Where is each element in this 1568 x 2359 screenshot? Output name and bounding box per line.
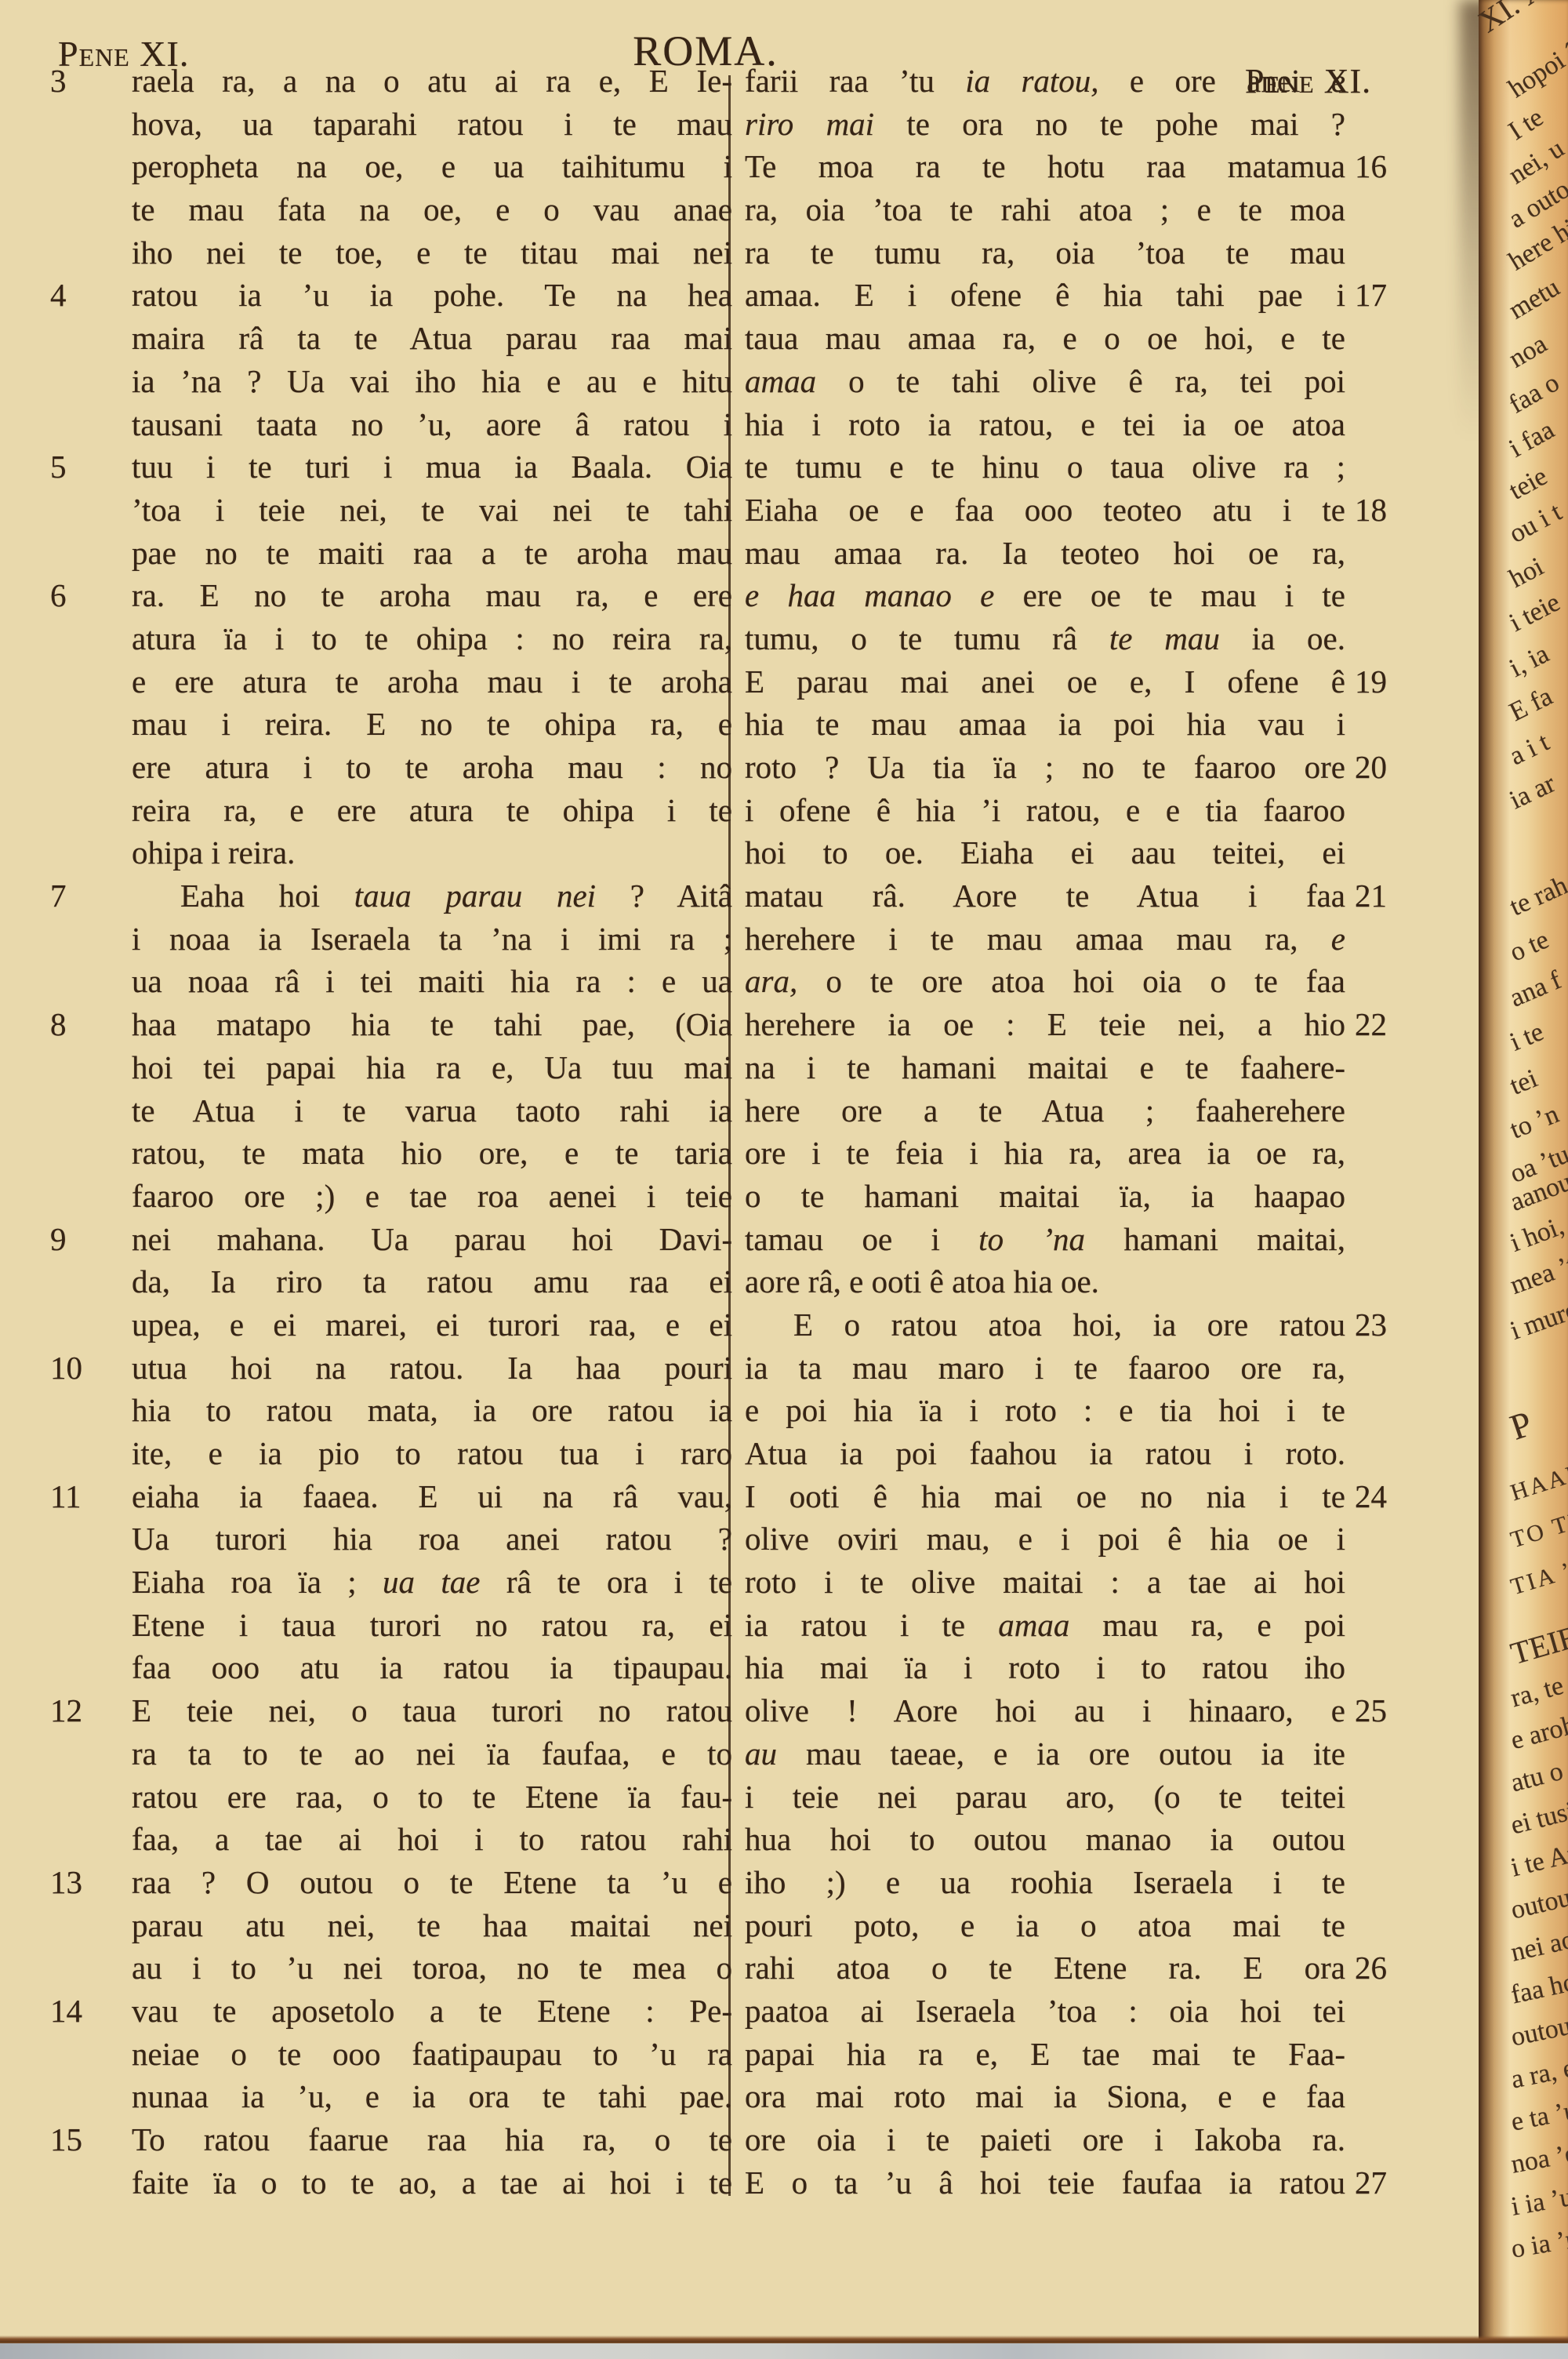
text-line: ra ta to te ao nei ïa faufaa, e to — [132, 1732, 732, 1776]
verse-text: I ooti ê hia mai oe no nia i te — [745, 1475, 1345, 1518]
text-line: ratou ia ’u ia pohe. Te na hea4 — [132, 274, 732, 317]
verse-text: raa ? O outou o te Etene ta ’u e — [132, 1861, 732, 1904]
verse-number: 3 — [50, 60, 110, 103]
verse-number: 22 — [1355, 1003, 1421, 1046]
verse-text: To ratou faarue raa hia ra, o te — [132, 2118, 732, 2161]
text-line: roto ? Ua tia ïa ; no te faaroo ore20 — [745, 746, 1345, 789]
verse-text: e poi hia ïa i roto : e tia hoi i te — [745, 1389, 1345, 1432]
verse-text: matau râ. Aore te Atua i faa — [745, 874, 1345, 918]
verse-text: maira râ ta te Atua parau raa mai — [132, 317, 732, 360]
verse-text: te Atua i te varua taoto rahi ia — [132, 1089, 732, 1132]
verse-number: 14 — [50, 1990, 110, 2033]
text-line: ite, e ia pio to ratou tua i raro — [132, 1432, 732, 1475]
text-line: i teie nei parau aro, (o te teitei — [745, 1776, 1345, 1819]
text-line: Etene i taua turori no ratou ra, ei — [132, 1604, 732, 1647]
text-line: raa ? O outou o te Etene ta ’u e13 — [132, 1861, 732, 1904]
verse-text: mau i reira. E no te ohipa ra, e — [132, 703, 732, 746]
verse-number: 11 — [50, 1475, 110, 1518]
verse-number: 8 — [50, 1003, 110, 1046]
text-line: riro mai te ora no te pohe mai ? — [745, 103, 1345, 146]
page-bottom-edge — [0, 2335, 1568, 2343]
verse-text: ra, oia ’toa te rahi atoa ; e te moa — [745, 188, 1345, 231]
verse-text: Eiaha roa ïa ; ua tae râ te ora i te — [132, 1561, 732, 1604]
text-line: tumu, o te tumu râ te mau ia oe. — [745, 617, 1345, 660]
verse-number: 21 — [1355, 874, 1421, 918]
verse-text: atura ïa i to te ohipa : no reira ra, — [132, 617, 732, 660]
text-line: da, Ia riro ta ratou amu raa ei — [132, 1260, 732, 1303]
text-line: raela ra, a na o atu ai ra e, E Ie-3 — [132, 60, 732, 103]
verse-text: e ere atura te aroha mau i te aroha — [132, 660, 732, 703]
text-line: papai hia ra e, E tae mai te Faa- — [745, 2033, 1345, 2076]
text-line: mau i reira. E no te ohipa ra, e — [132, 703, 732, 746]
verse-text: E teie nei, o taua turori no ratou — [132, 1689, 732, 1732]
verse-text: Ua turori hia roa anei ratou ? — [132, 1518, 732, 1561]
verse-text: amaa. E i ofene ê hia tahi pae i — [745, 274, 1345, 317]
text-line: To ratou faarue raa hia ra, o te15 — [132, 2118, 732, 2161]
verse-text: ia ’na ? Ua vai iho hia e au e hitu — [132, 360, 732, 403]
verse-text: roto ? Ua tia ïa ; no te faaroo ore — [745, 746, 1345, 789]
text-line: Ua turori hia roa anei ratou ? — [132, 1518, 732, 1561]
verse-text: Atua ia poi faahou ia ratou i roto. — [745, 1432, 1345, 1475]
text-line: o te hamani maitai ïa, ia haapao — [745, 1175, 1345, 1218]
verse-text: eiaha ia faaea. E ui na râ vau, — [132, 1475, 732, 1518]
verse-text: reira ra, e ere atura te ohipa i te — [132, 789, 732, 832]
verse-text: i noaa ia Iseraela ta ’na i imi ra ; — [132, 918, 732, 961]
verse-text: Eiaha oe e faa ooo teoteo atu i te — [745, 489, 1345, 532]
verse-text: i ofene ê hia ’i ratou, e e tia faaroo — [745, 789, 1345, 832]
verse-text: nei mahana. Ua parau hoi Davi- — [132, 1218, 732, 1261]
verse-number: 19 — [1355, 660, 1421, 703]
text-line: ohipa i reira. — [132, 831, 732, 874]
verse-text: E o ta ’u â hoi teie faufaa ia ratou — [745, 2161, 1345, 2205]
text-line: mau amaa ra. Ia teoteo hoi oe ra, — [745, 532, 1345, 575]
text-line: faite ïa o to te ao, a tae ai hoi i te — [132, 2161, 732, 2205]
verse-number: 9 — [50, 1218, 110, 1261]
verse-text: au mau taeae, e ia ore outou ia ite — [745, 1732, 1345, 1776]
text-line: ’toa i teie nei, te vai nei te tahi — [132, 489, 732, 532]
text-line: e haa manao e ere oe te mau i te — [745, 574, 1345, 617]
text-line: amaa o te tahi olive ê ra, tei poi — [745, 360, 1345, 403]
text-line: hia mai ïa i roto i to ratou iho — [745, 1646, 1345, 1689]
text-line: ratou, te mata hio ore, e te taria — [132, 1132, 732, 1175]
verse-text: vau te aposetolo a te Etene : Pe- — [132, 1990, 732, 2033]
verse-text: olive oviri mau, e i poi ê hia oe i — [745, 1518, 1345, 1561]
verse-text: riro mai te ora no te pohe mai ? — [745, 103, 1345, 146]
verse-text: peropheta na oe, e ua taihitumu i — [132, 145, 732, 188]
text-line: herehere ia oe : E teie nei, a hio22 — [745, 1003, 1345, 1046]
verse-text: pae no te maiti raa a te aroha mau — [132, 532, 732, 575]
verse-text: ratou ia ’u ia pohe. Te na hea — [132, 274, 732, 317]
verse-text: ratou, te mata hio ore, e te taria — [132, 1132, 732, 1175]
text-line: i noaa ia Iseraela ta ’na i imi ra ; — [132, 918, 732, 961]
verse-text: hia to ratou mata, ia ore ratou ia — [132, 1389, 732, 1432]
verse-text: haa matapo hia te tahi pae, (Oia — [132, 1003, 732, 1046]
text-line: peropheta na oe, e ua taihitumu i — [132, 145, 732, 188]
verse-text: roto i te olive maitai : a tae ai hoi — [745, 1561, 1345, 1604]
verse-text: here ore a te Atua ; faaherehere — [745, 1089, 1345, 1132]
verse-text: herehere i te mau amaa mau ra, e — [745, 918, 1345, 961]
verse-text: faa ooo atu ia ratou ia tipaupau. — [132, 1646, 732, 1689]
verse-text: te mau fata na oe, e o vau anae — [132, 188, 732, 231]
text-line: ora mai roto mai ia Siona, e e faa — [745, 2075, 1345, 2118]
verse-text: Etene i taua turori no ratou ra, ei — [132, 1604, 732, 1647]
verse-text: na i te hamani maitai e te faahere- — [745, 1046, 1345, 1089]
verse-text: hua hoi to outou manao ia outou — [745, 1818, 1345, 1861]
text-line: roto i te olive maitai : a tae ai hoi — [745, 1561, 1345, 1604]
verse-text: paatoa ai Iseraela ’toa : oia hoi tei — [745, 1990, 1345, 2033]
text-line: hoi to oe. Eiaha ei aau teitei, ei — [745, 831, 1345, 874]
verse-text: amaa o te tahi olive ê ra, tei poi — [745, 360, 1345, 403]
text-line: I ooti ê hia mai oe no nia i te24 — [745, 1475, 1345, 1518]
verse-text: ara, o te ore atoa hoi oia o te faa — [745, 960, 1345, 1003]
verse-text: E o ratou atoa hoi, ia ore ratou — [745, 1303, 1345, 1347]
verse-text: tumu, o te tumu râ te mau ia oe. — [745, 617, 1345, 660]
text-line: au i to ’u nei toroa, no te mea o — [132, 1946, 732, 1990]
verse-text: faa, a tae ai hoi i to ratou rahi — [132, 1818, 732, 1861]
text-line: te tumu e te hinu o taua olive ra ; — [745, 445, 1345, 489]
text-line: te Atua i te varua taoto rahi ia — [132, 1089, 732, 1132]
text-line: Eiaha roa ïa ; ua tae râ te ora i te — [132, 1561, 732, 1604]
text-line: herehere i te mau amaa mau ra, e — [745, 918, 1345, 961]
text-line: e ere atura te aroha mau i te aroha — [132, 660, 732, 703]
verse-number: 13 — [50, 1861, 110, 1904]
verse-text: utua hoi na ratou. Ia haa pouri — [132, 1347, 732, 1390]
text-line: hua hoi to outou manao ia outou — [745, 1818, 1345, 1861]
verse-number: 26 — [1355, 1946, 1421, 1990]
text-line: i ofene ê hia ’i ratou, e e tia faaroo — [745, 789, 1345, 832]
text-line: haa matapo hia te tahi pae, (Oia8 — [132, 1003, 732, 1046]
text-line: Eaha hoi taua parau nei ? Aitâ7 — [132, 874, 732, 918]
text-line: faa ooo atu ia ratou ia tipaupau. — [132, 1646, 732, 1689]
verse-number: 18 — [1355, 489, 1421, 532]
verse-text: ore i te feia i hia ra, area ia oe ra, — [745, 1132, 1345, 1175]
verse-text: i teie nei parau aro, (o te teitei — [745, 1776, 1345, 1819]
verse-text: herehere ia oe : E teie nei, a hio — [745, 1003, 1345, 1046]
text-line: olive oviri mau, e i poi ê hia oe i — [745, 1518, 1345, 1561]
text-line: tausani taata no ’u, aore â ratou i — [132, 403, 732, 446]
text-line: Eiaha oe e faa ooo teoteo atu i te18 — [745, 489, 1345, 532]
verse-number: 17 — [1355, 274, 1421, 317]
text-line: te mau fata na oe, e o vau anae — [132, 188, 732, 231]
verse-text: Eaha hoi taua parau nei ? Aitâ — [132, 874, 732, 918]
verse-text: ua noaa râ i tei maiti hia ra : e ua — [132, 960, 732, 1003]
left-text-column: raela ra, a na o atu ai ra e, E Ie-3hova… — [132, 60, 732, 2204]
text-line: pouri poto, e ia o atoa mai te — [745, 1904, 1345, 1947]
verse-number: 6 — [50, 574, 110, 617]
verse-text: au i to ’u nei toroa, no te mea o — [132, 1946, 732, 1990]
text-line: hoi tei papai hia ra e, Ua tuu mai — [132, 1046, 732, 1089]
verse-text: tamau oe i to ’na hamani maitai, — [745, 1218, 1345, 1261]
verse-number: 16 — [1355, 145, 1421, 188]
text-line: ia ’na ? Ua vai iho hia e au e hitu — [132, 360, 732, 403]
verse-text: farii raa ’tu ia ratou, e ore anei e — [745, 60, 1345, 103]
verse-text: mau amaa ra. Ia teoteo hoi oe ra, — [745, 532, 1345, 575]
text-line: ore i te feia i hia ra, area ia oe ra, — [745, 1132, 1345, 1175]
verse-text: faaroo ore ;) e tae roa aenei i teie — [132, 1175, 732, 1218]
verse-text: hoi to oe. Eiaha ei aau teitei, ei — [745, 831, 1345, 874]
verse-number: 15 — [50, 2118, 110, 2161]
verse-text: tausani taata no ’u, aore â ratou i — [132, 403, 732, 446]
verse-text: iho ;) e ua roohia Iseraela i te — [745, 1861, 1345, 1904]
verse-text: ite, e ia pio to ratou tua i raro — [132, 1432, 732, 1475]
text-line: taua mau amaa ra, e o oe hoi, e te — [745, 317, 1345, 360]
text-line: paatoa ai Iseraela ’toa : oia hoi tei — [745, 1990, 1345, 2033]
text-line: iho nei te toe, e te titau mai nei — [132, 231, 732, 274]
text-line: ia ta mau maro i te faaroo ore ra, — [745, 1347, 1345, 1390]
text-line: E teie nei, o taua turori no ratou12 — [132, 1689, 732, 1732]
verse-number: 24 — [1355, 1475, 1421, 1518]
verse-text: ia ta mau maro i te faaroo ore ra, — [745, 1347, 1345, 1390]
text-line: utua hoi na ratou. Ia haa pouri10 — [132, 1347, 732, 1390]
verse-text: e haa manao e ere oe te mau i te — [745, 574, 1345, 617]
text-line: ra, oia ’toa te rahi atoa ; e te moa — [745, 188, 1345, 231]
right-text-column: farii raa ’tu ia ratou, e ore anei eriro… — [745, 60, 1345, 2204]
text-line: hova, ua taparahi ratou i te mau — [132, 103, 732, 146]
text-line: parau atu nei, te haa maitai nei — [132, 1904, 732, 1947]
verse-number: 12 — [50, 1689, 110, 1732]
verse-number: 7 — [50, 874, 110, 918]
text-line: e poi hia ïa i roto : e tia hoi i te — [745, 1389, 1345, 1432]
text-line: ra te tumu ra, oia ’toa te mau — [745, 231, 1345, 274]
text-line: matau râ. Aore te Atua i faa21 — [745, 874, 1345, 918]
book-page: Pene XI. ROMA. Pene XI. raela ra, a na o… — [0, 0, 1568, 2359]
text-line: upea, e ei marei, ei turori raa, e ei — [132, 1303, 732, 1347]
verse-number: 20 — [1355, 746, 1421, 789]
verse-text: ere atura i to te aroha mau : no — [132, 746, 732, 789]
verse-text: papai hia ra e, E tae mai te Faa- — [745, 2033, 1345, 2076]
text-line: ratou ere raa, o to te Etene ïa fau- — [132, 1776, 732, 1819]
text-line: aore râ, e ooti ê atoa hia oe. — [745, 1260, 1345, 1303]
text-line: Atua ia poi faahou ia ratou i roto. — [745, 1432, 1345, 1475]
text-line: ara, o te ore atoa hoi oia o te faa — [745, 960, 1345, 1003]
text-line: here ore a te Atua ; faaherehere — [745, 1089, 1345, 1132]
verse-text: iho nei te toe, e te titau mai nei — [132, 231, 732, 274]
verse-text: pouri poto, e ia o atoa mai te — [745, 1904, 1345, 1947]
verse-text: ore oia i te paieti ore i Iakoba ra. — [745, 2118, 1345, 2161]
verse-text: hia mai ïa i roto i to ratou iho — [745, 1646, 1345, 1689]
verse-text: ’toa i teie nei, te vai nei te tahi — [132, 489, 732, 532]
verse-text: tuu i te turi i mua ia Baala. Oia — [132, 445, 732, 489]
text-line: hia te mau amaa ia poi hia vau i — [745, 703, 1345, 746]
verse-text: olive ! Aore hoi au i hinaaro, e — [745, 1689, 1345, 1732]
text-line: faaroo ore ;) e tae roa aenei i teie — [132, 1175, 732, 1218]
text-line: tuu i te turi i mua ia Baala. Oia5 — [132, 445, 732, 489]
verse-text: Te moa ra te hotu raa matamua — [745, 145, 1345, 188]
text-line: farii raa ’tu ia ratou, e ore anei e — [745, 60, 1345, 103]
verse-text: te tumu e te hinu o taua olive ra ; — [745, 445, 1345, 489]
text-line: rahi atoa o te Etene ra. E ora26 — [745, 1946, 1345, 1990]
verse-number: 10 — [50, 1347, 110, 1390]
text-line: ore oia i te paieti ore i Iakoba ra. — [745, 2118, 1345, 2161]
text-line: reira ra, e ere atura te ohipa i te — [132, 789, 732, 832]
verse-text: ia ratou i te amaa mau ra, e poi — [745, 1604, 1345, 1647]
text-line: nei mahana. Ua parau hoi Davi-9 — [132, 1218, 732, 1261]
text-line: ra. E no te aroha mau ra, e ere6 — [132, 574, 732, 617]
verse-text: upea, e ei marei, ei turori raa, e ei — [132, 1303, 732, 1347]
text-line: ua noaa râ i tei maiti hia ra : e ua — [132, 960, 732, 1003]
verse-text: o te hamani maitai ïa, ia haapao — [745, 1175, 1345, 1218]
text-line: eiaha ia faaea. E ui na râ vau,11 — [132, 1475, 732, 1518]
verse-number: 5 — [50, 445, 110, 489]
verse-text: ra te tumu ra, oia ’toa te mau — [745, 231, 1345, 274]
text-line: Te moa ra te hotu raa matamua16 — [745, 145, 1345, 188]
text-line: au mau taeae, e ia ore outou ia ite — [745, 1732, 1345, 1776]
verse-number: 25 — [1355, 1689, 1421, 1732]
text-line: amaa. E i ofene ê hia tahi pae i17 — [745, 274, 1345, 317]
verse-text: taua mau amaa ra, e o oe hoi, e te — [745, 317, 1345, 360]
verse-number: 27 — [1355, 2161, 1421, 2205]
verse-text: parau atu nei, te haa maitai nei — [132, 1904, 732, 1947]
text-line: maira râ ta te Atua parau raa mai — [132, 317, 732, 360]
verse-text: ora mai roto mai ia Siona, e e faa — [745, 2075, 1345, 2118]
text-line: faa, a tae ai hoi i to ratou rahi — [132, 1818, 732, 1861]
scan-surface — [0, 2343, 1568, 2359]
text-line: ere atura i to te aroha mau : no — [132, 746, 732, 789]
verse-text: aore râ, e ooti ê atoa hia oe. — [745, 1260, 1345, 1303]
text-line: atura ïa i to te ohipa : no reira ra, — [132, 617, 732, 660]
text-line: olive ! Aore hoi au i hinaaro, e25 — [745, 1689, 1345, 1732]
verse-text: faite ïa o to te ao, a tae ai hoi i te — [132, 2161, 732, 2205]
verse-text: E parau mai anei oe e, I ofene ê — [745, 660, 1345, 703]
text-line: E o ta ’u â hoi teie faufaa ia ratou27 — [745, 2161, 1345, 2205]
verse-text: ohipa i reira. — [132, 831, 732, 874]
verse-text: da, Ia riro ta ratou amu raa ei — [132, 1260, 732, 1303]
text-line: na i te hamani maitai e te faahere- — [745, 1046, 1345, 1089]
verse-text: raela ra, a na o atu ai ra e, E Ie- — [132, 60, 732, 103]
verse-text: hova, ua taparahi ratou i te mau — [132, 103, 732, 146]
verse-text: hoi tei papai hia ra e, Ua tuu mai — [132, 1046, 732, 1089]
verse-text: ra. E no te aroha mau ra, e ere — [132, 574, 732, 617]
verse-text: neiae o te ooo faatipaupau to ’u ra — [132, 2033, 732, 2076]
text-line: E o ratou atoa hoi, ia ore ratou23 — [745, 1303, 1345, 1347]
verse-text: ratou ere raa, o to te Etene ïa fau- — [132, 1776, 732, 1819]
text-line: iho ;) e ua roohia Iseraela i te — [745, 1861, 1345, 1904]
text-line: E parau mai anei oe e, I ofene ê19 — [745, 660, 1345, 703]
text-line: pae no te maiti raa a te aroha mau — [132, 532, 732, 575]
verse-number: 23 — [1355, 1303, 1421, 1347]
verse-text: ra ta to te ao nei ïa faufaa, e to — [132, 1732, 732, 1776]
text-line: neiae o te ooo faatipaupau to ’u ra — [132, 2033, 732, 2076]
text-line: tamau oe i to ’na hamani maitai, — [745, 1218, 1345, 1261]
verse-text: hia i roto ia ratou, e tei ia oe atoa — [745, 403, 1345, 446]
verse-text: rahi atoa o te Etene ra. E ora — [745, 1946, 1345, 1990]
verse-number: 4 — [50, 274, 110, 317]
verse-text: hia te mau amaa ia poi hia vau i — [745, 703, 1345, 746]
verse-text: nunaa ia ’u, e ia ora te tahi pae. — [132, 2075, 732, 2118]
text-line: hia i roto ia ratou, e tei ia oe atoa — [745, 403, 1345, 446]
text-line: ia ratou i te amaa mau ra, e poi — [745, 1604, 1345, 1647]
text-line: nunaa ia ’u, e ia ora te tahi pae. — [132, 2075, 732, 2118]
text-line: vau te aposetolo a te Etene : Pe-14 — [132, 1990, 732, 2033]
text-line: hia to ratou mata, ia ore ratou ia — [132, 1389, 732, 1432]
